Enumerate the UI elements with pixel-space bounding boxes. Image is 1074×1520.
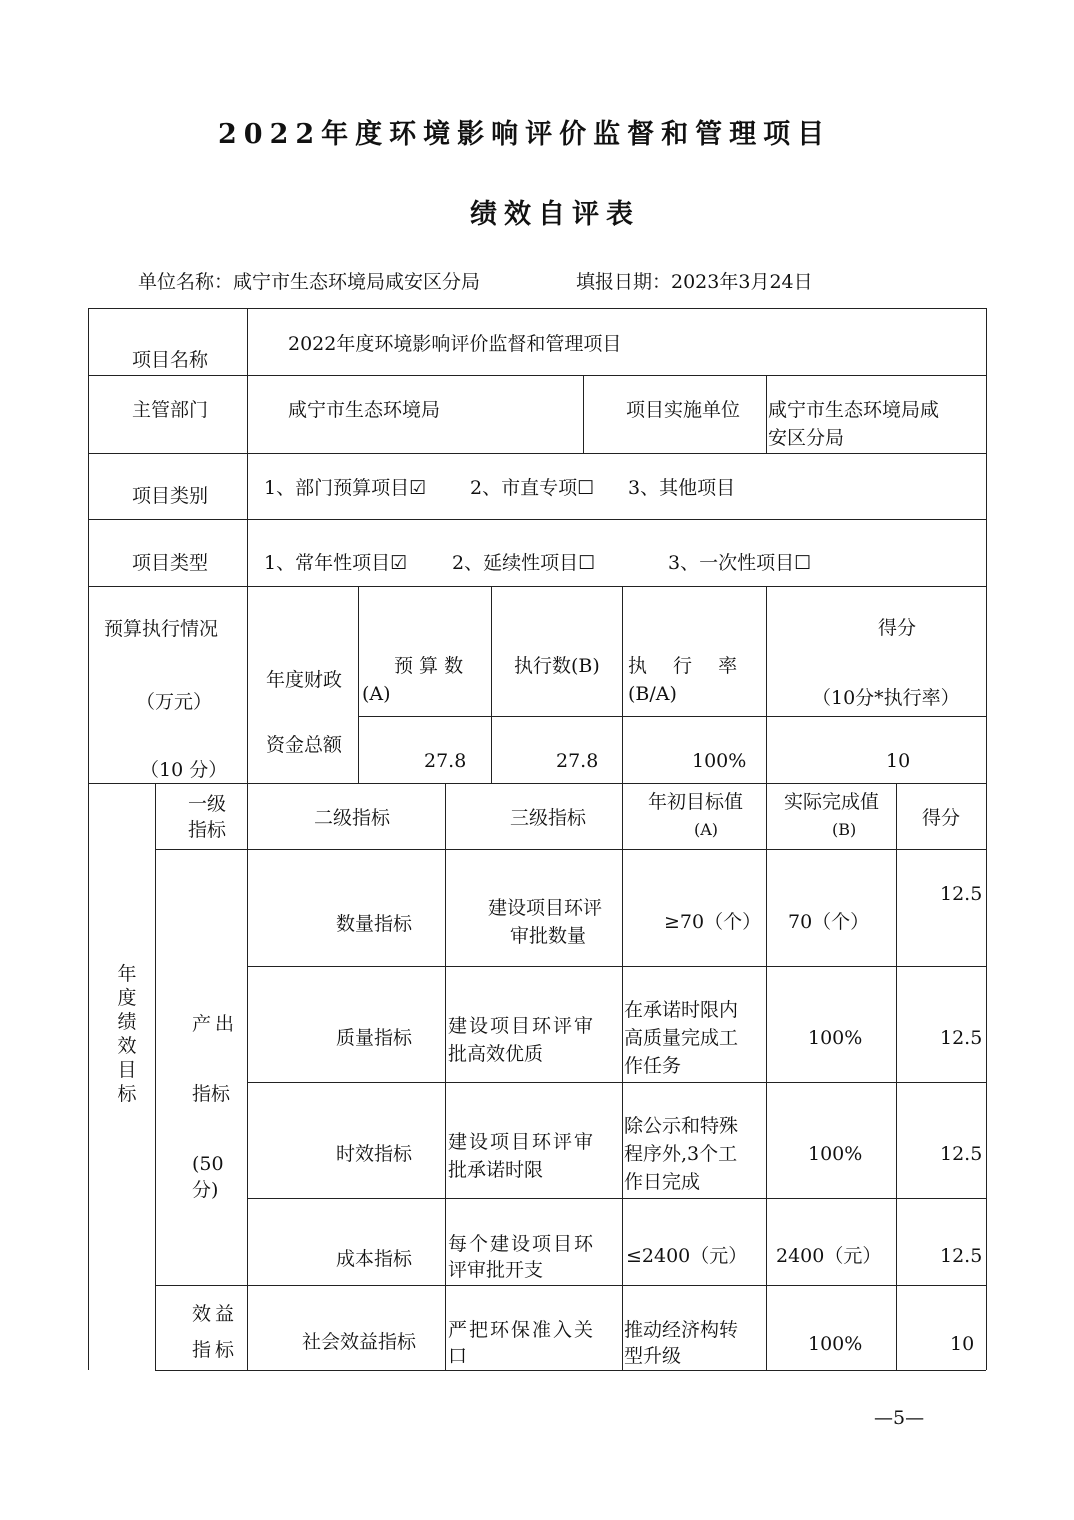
budget-label: 预算执行情况 — [104, 615, 218, 643]
row-actual: 100% — [808, 1024, 862, 1052]
row-level3-line2: 批承诺时限 — [448, 1156, 543, 1184]
level1-header-line2: 指标 — [188, 816, 226, 844]
row-target-line3: 作任务 — [624, 1052, 681, 1080]
row-target-line2: 高质量完成工 — [624, 1024, 738, 1052]
fund-label-line1: 年度财政 — [266, 666, 342, 694]
level2-header: 二级指标 — [314, 804, 390, 832]
report-date: 填报日期：2023年3月24日 — [576, 268, 813, 296]
row-level2: 社会效益指标 — [302, 1328, 416, 1356]
target-header-line2: (A) — [694, 816, 718, 844]
type-option-2: 2、延续性项目☐ — [452, 549, 595, 577]
row-target-line1: 推动经济构转 — [624, 1316, 738, 1344]
benefit-group-label-1: 效益 — [192, 1300, 238, 1328]
row-target-line1: 除公示和特殊 — [624, 1112, 738, 1140]
row-level2: 时效指标 — [336, 1140, 412, 1168]
row-level3-line1: 严把环保准入关 — [448, 1316, 595, 1344]
rate-value: 100% — [692, 747, 746, 775]
impl-unit-label: 项目实施单位 — [626, 396, 740, 424]
type-option-3: 3、一次性项目☐ — [668, 549, 811, 577]
score-header: 得分 — [922, 804, 960, 832]
output-group-label-3: (50 — [192, 1150, 224, 1178]
row-level3-line1: 建设项目环评审 — [448, 1128, 595, 1156]
row-target-line1: 在承诺时限内 — [624, 996, 738, 1024]
row-level3-line2: 口 — [448, 1342, 467, 1370]
row-level2: 成本指标 — [336, 1245, 412, 1273]
budget-points-label: （10 分） — [140, 756, 227, 784]
row-score: 12.5 — [940, 1024, 982, 1052]
fund-label-line2: 资金总额 — [266, 731, 342, 759]
target-header-line1: 年初目标值 — [648, 788, 743, 816]
impl-unit-value-line1: 咸宁市生态环境局咸 — [768, 396, 939, 424]
row-score: 12.5 — [940, 880, 982, 908]
category-option-1: 1、部门预算项目☑ — [264, 474, 426, 502]
exec-value: 27.8 — [556, 747, 598, 775]
impl-unit-value-line2: 安区分局 — [768, 424, 844, 452]
row-level2: 质量指标 — [336, 1024, 412, 1052]
output-group-label-4: 分) — [192, 1176, 218, 1204]
row-level3-line2: 评审批开支 — [448, 1256, 543, 1284]
row-target-line3: 作日完成 — [624, 1168, 700, 1196]
row-actual: 70（个） — [788, 908, 869, 936]
score-value: 10 — [886, 747, 910, 775]
row-actual: 100% — [808, 1330, 862, 1358]
rate-header-line1: 执 行 率 — [628, 652, 737, 680]
row-target: ≤2400（元） — [626, 1242, 747, 1270]
budget-header-line2: (A) — [362, 680, 391, 708]
budget-value: 27.8 — [424, 747, 466, 775]
actual-header-line2: (B) — [832, 816, 856, 844]
row-actual: 100% — [808, 1140, 862, 1168]
row-score: 12.5 — [940, 1140, 982, 1168]
row-actual: 2400（元） — [776, 1242, 881, 1270]
rate-header-line2: (B/A) — [628, 680, 677, 708]
type-option-1: 1、常年性项目☑ — [264, 549, 407, 577]
project-name-value: 2022年度环境影响评价监督和管理项目 — [288, 330, 621, 358]
document-title: 2022年度环境影响评价监督和管理项目 — [218, 112, 831, 151]
category-label: 项目类别 — [132, 482, 208, 510]
row-level3-line1: 建设项目环评 — [488, 894, 602, 922]
actual-header-line1: 实际完成值 — [784, 788, 879, 816]
unit-name: 单位名称：咸宁市生态环境局咸安区分局 — [138, 268, 480, 296]
budget-header-line1: 预 算 数 — [394, 652, 463, 680]
row-score: 10 — [950, 1330, 974, 1358]
row-target-line2: 型升级 — [624, 1342, 681, 1370]
output-group-label-1: 产出 — [192, 1010, 238, 1038]
output-group-label-2: 指标 — [192, 1080, 230, 1108]
exec-header: 执行数(B) — [514, 652, 600, 680]
row-level3-line1: 每个建设项目环 — [448, 1230, 595, 1258]
row-target: ≥70（个） — [664, 908, 761, 936]
row-target-line2: 程序外,3个工 — [624, 1140, 737, 1168]
category-option-2: 2、市直专项☐ — [470, 474, 594, 502]
dept-value: 咸宁市生态环境局 — [288, 396, 440, 424]
performance-side-label: 年度绩效目标 — [116, 962, 138, 1106]
level3-header: 三级指标 — [510, 804, 586, 832]
score-header-line1: 得分 — [878, 614, 916, 642]
category-option-3: 3、其他项目 — [628, 474, 735, 502]
type-label: 项目类型 — [132, 549, 208, 577]
score-header-line2: （10分*执行率） — [812, 684, 960, 712]
page-number: —5— — [874, 1404, 924, 1432]
level1-header-line1: 一级 — [188, 790, 226, 818]
row-level3-line2: 批高效优质 — [448, 1040, 543, 1068]
dept-label: 主管部门 — [132, 396, 208, 424]
row-level2: 数量指标 — [336, 910, 412, 938]
row-level3-line2: 审批数量 — [510, 922, 586, 950]
benefit-group-label-2: 指标 — [192, 1336, 238, 1364]
row-score: 12.5 — [940, 1242, 982, 1270]
row-level3-line1: 建设项目环评审 — [448, 1012, 595, 1040]
budget-unit-label: （万元） — [136, 688, 212, 716]
project-name-label: 项目名称 — [132, 346, 208, 374]
document-subtitle: 绩效自评表 — [470, 192, 640, 231]
